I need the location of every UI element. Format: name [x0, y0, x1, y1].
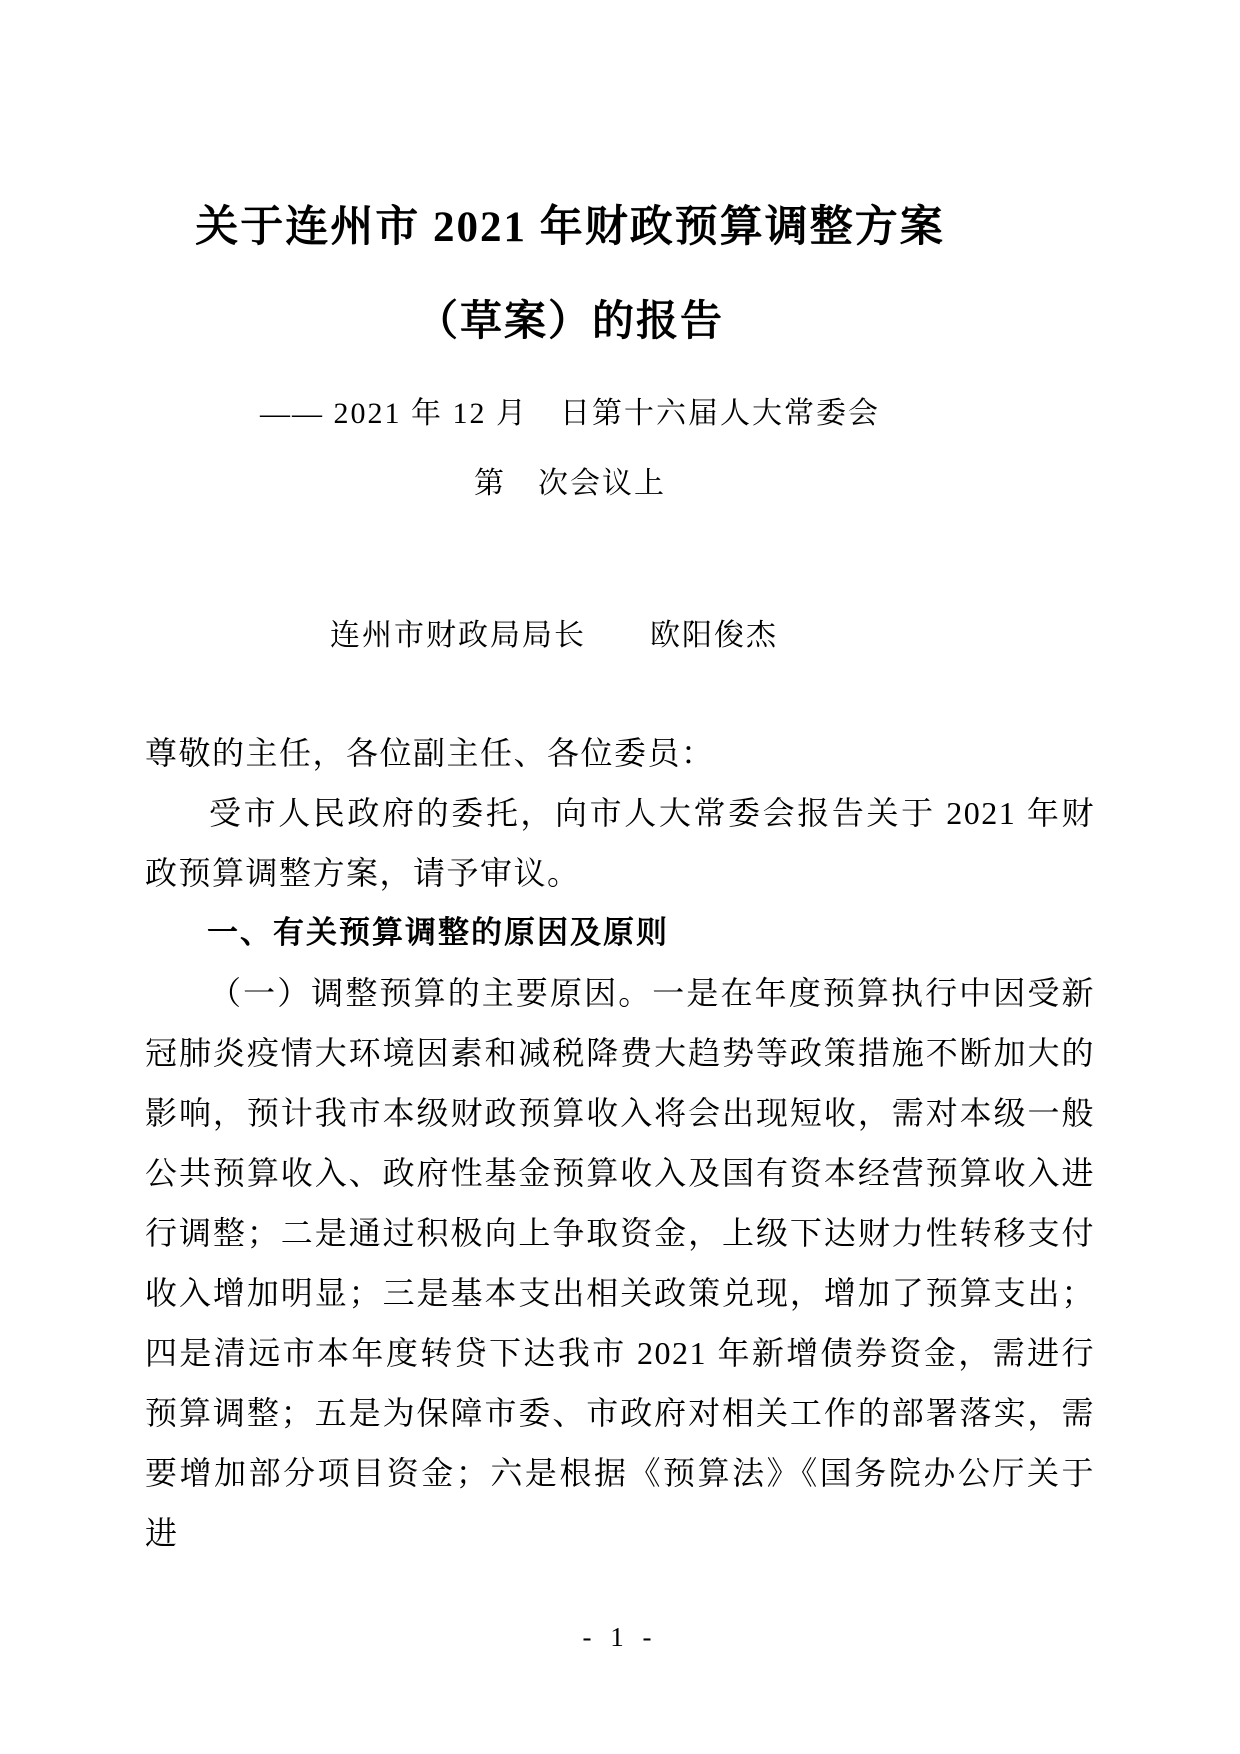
- meeting-session-line: 第 次会议上: [145, 458, 995, 502]
- section-heading-1: 一、有关预算调整的原因及原则: [145, 903, 1095, 963]
- document-title-line-1: 关于连州市 2021 年财政预算调整方案: [145, 205, 995, 250]
- meeting-date-line: —— 2021 年 12 月 日第十六届人大常委会: [145, 388, 995, 432]
- page-number: - 1 -: [0, 1622, 1240, 1653]
- salutation-line: 尊敬的主任，各位副主任、各位委员：: [145, 723, 1095, 783]
- document-body: 尊敬的主任，各位副主任、各位委员： 受市人民政府的委托，向市人大常委会报告关于 …: [145, 723, 1095, 1563]
- body-paragraph-1: （一）调整预算的主要原因。一是在年度预算执行中因受新冠肺炎疫情大环境因素和减税降…: [145, 963, 1095, 1563]
- document-header: 关于连州市 2021 年财政预算调整方案 （草案）的报告 —— 2021 年 1…: [145, 205, 995, 502]
- intro-paragraph: 受市人民政府的委托，向市人大常委会报告关于 2021 年财政预算调整方案，请予审…: [145, 783, 1095, 903]
- document-page: 关于连州市 2021 年财政预算调整方案 （草案）的报告 —— 2021 年 1…: [0, 0, 1240, 1754]
- document-title-line-2: （草案）的报告: [145, 300, 995, 344]
- presenter-line: 连州市财政局局长 欧阳俊杰: [330, 610, 778, 654]
